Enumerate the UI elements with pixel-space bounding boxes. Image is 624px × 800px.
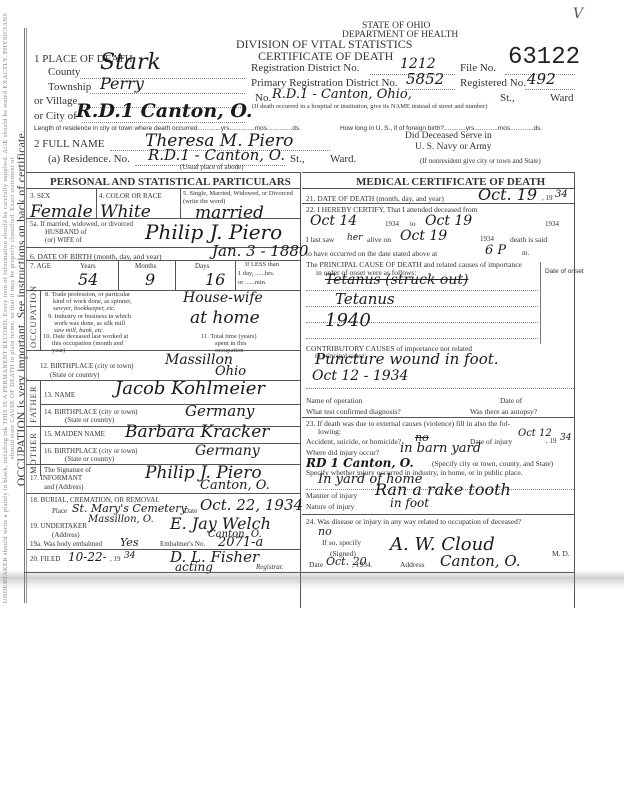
mother-birthplace-label-2: (State or country) (65, 455, 114, 463)
years-value: 54 (78, 270, 98, 289)
registered-no-value: 492 (527, 70, 556, 88)
corner-check-mark: V (573, 6, 583, 22)
external-label-2: lowing: (318, 427, 341, 436)
occ-related-value: no (318, 525, 332, 538)
trade-label-3: sawyer, bookkeeper, etc. (45, 305, 132, 312)
manner-label: Manner of injury (306, 491, 357, 500)
address-value: Canton, O. (440, 552, 521, 570)
last-worked-label-2: this occupation (month and (43, 340, 128, 347)
dod-value: Oct. 19 (478, 185, 537, 204)
dod-year-value: 34 (555, 189, 568, 200)
months-label: Months (135, 262, 156, 270)
years-label: Years (80, 262, 96, 270)
file-no-label: File No. (460, 62, 496, 74)
file-no-value: 63122 (508, 44, 580, 71)
test-label: What test confirmed diagnosis? (306, 407, 401, 416)
village-label: or Village (34, 95, 77, 107)
md-label: M. D. (552, 549, 570, 558)
trade-label-1: 8. Trade profession, or particular (45, 291, 132, 298)
filed-year-value: 34 (124, 551, 135, 561)
date-of-onset-label: Date of onset (545, 268, 584, 275)
time-value: 6 P (485, 243, 506, 258)
industry-value: at home (190, 308, 260, 328)
no-value: R.D.1 - Canton, Ohio, (272, 87, 412, 102)
if-so-label: If so, specify (322, 538, 361, 547)
filed-label: 20. FILED (30, 555, 60, 563)
filed-year-prefix: , 19 (110, 555, 121, 563)
residence-value: R.D.1 - Canton, O. (148, 146, 285, 164)
side-instructions: UNDERTAKER should write a plainly in bla… (2, 8, 26, 608)
alive-on-label: alive on (367, 235, 391, 244)
burial-place-label: Place (52, 507, 67, 515)
city-value: R.D.1 Canton, O. (76, 100, 252, 122)
ward-label: Ward (550, 92, 574, 104)
registration-district-label: Registration District No. (251, 62, 359, 74)
last-saw-date-value: Oct 19 (400, 228, 447, 244)
last-saw-label: I last saw (306, 235, 334, 244)
attended-to-year: 1934 (545, 220, 559, 228)
operation-date-label: Date of (500, 396, 522, 405)
last-worked-label-1: 10. Date deceased last worked at (43, 333, 128, 340)
residence-label: (a) Residence. No. (48, 153, 130, 165)
cause-2-value: Tetanus (335, 290, 395, 308)
county-value: Stark (100, 50, 161, 75)
contributory-1-value: Puncture wound in foot. (315, 350, 499, 368)
color-value: White (100, 202, 151, 222)
occ-related-label: 24. Was disease or injury in any way rel… (306, 517, 521, 526)
last-saw-year: 1934 (480, 235, 494, 243)
mother-maiden-value: Barbara Kracker (125, 422, 269, 442)
days-value: 16 (205, 270, 225, 289)
death-said-label: death is said (510, 235, 547, 244)
mother-side-label: MOTHER (28, 428, 38, 474)
where-value: in barn yard (400, 441, 481, 456)
informant-address-value: Canton, O. (200, 478, 270, 493)
attended-from-value: Oct 14 (310, 213, 357, 229)
navy-label-2: U. S. Navy or Army (415, 142, 492, 152)
informant-label-1: The Signature of (44, 466, 91, 474)
father-side-label: FATHER (28, 383, 38, 423)
occurred-label: to have occurred on the date stated abov… (306, 249, 437, 258)
industry-label-1: 9. Industry or business in which (48, 313, 131, 320)
last-saw-pronoun: her (347, 233, 362, 243)
st-label: St., (500, 92, 515, 104)
birthplace-label-2: (State or country) (50, 371, 99, 379)
cause-1-value: Tetanus (struck out) (325, 272, 468, 288)
contributory-2-value: Oct 12 - 1934 (312, 368, 408, 384)
informant-label-3: and (Address) (44, 483, 83, 491)
address-label: Address (400, 560, 425, 569)
spouse-label-1: 5a. If married, widowed, or divorced (30, 220, 133, 228)
trade-label: 8. Trade profession, or particular kind … (45, 291, 132, 312)
trade-label-2: kind of work done, as spinner, (45, 298, 132, 305)
father-birthplace-label-2: (State or country) (65, 416, 114, 424)
dod-year-prefix: , 19 (542, 194, 553, 202)
specify-city-label: (Specify city or town, county, and State… (432, 459, 553, 468)
scan-edge-shadow (0, 570, 624, 590)
county-label: County (48, 66, 80, 78)
sex-value: Female (30, 202, 93, 222)
father-birthplace-value: Germany (185, 402, 254, 420)
industry-label-2: work was done, as silk mill (48, 320, 131, 327)
spouse-value: Philip J. Piero (145, 220, 282, 244)
total-time-label-2: spent in this (201, 340, 257, 347)
mother-birthplace-label-1: 16. BIRTHPLACE (city or town) (44, 447, 138, 455)
mother-birthplace-value: Germany (195, 443, 260, 459)
sign-year: , 1934. (352, 560, 373, 569)
township-label: Township (48, 81, 91, 93)
days-label: Days (195, 262, 209, 270)
accident-label: Accident, suicide, or homicide? (306, 437, 401, 446)
color-label: 4. COLOR OR RACE (99, 192, 162, 200)
attended-to-value: Oct 19 (425, 213, 472, 229)
attended-from-year: 1934 (385, 220, 399, 228)
injury-year-prefix: , 19 (546, 437, 557, 445)
embalmer-no-label: Embalmer's No. (160, 540, 205, 548)
embalmed-value: Yes (120, 536, 138, 549)
undertaker-label: 19. UNDERTAKER (30, 522, 87, 530)
total-time-label-1: 11. Total time (years) (201, 333, 257, 340)
residence-st-label: St., (290, 153, 305, 165)
burial-date-value: Oct. 22, 1934 (200, 496, 303, 514)
spouse-label-2: HUSBAND of (45, 228, 86, 236)
registered-no-label: Registered No. (460, 77, 526, 89)
township-value: Perry (100, 74, 144, 93)
hospital-note: (If death occurred in a hospital or inst… (252, 103, 487, 110)
navy-label-1: Did Deceased Serve in (405, 131, 492, 141)
burial-place-value-2: Massillon, O. (88, 514, 154, 525)
less-label-2: 1 day, ......hrs. (238, 270, 274, 277)
nature-value: in foot (390, 496, 429, 510)
operation-label: Name of operation (306, 396, 362, 405)
informant-label-2: 17. INFORMANT (30, 474, 82, 482)
side-instructions-line1: UNDERTAKER should write a plainly in bla… (2, 8, 16, 608)
age-label: 7. AGE (30, 262, 51, 270)
months-value: 9 (145, 270, 155, 289)
trade-value: House-wife (183, 290, 263, 306)
sign-date-label: Date (309, 560, 323, 569)
less-label-1: If LESS than (245, 261, 279, 268)
father-name-value: Jacob Kohlmeier (115, 378, 265, 399)
injury-year-value: 34 (560, 433, 571, 443)
autopsy-label: Was there an autopsy? (470, 407, 537, 416)
full-name-label: 2 FULL NAME (34, 138, 104, 150)
sex-label: 3. SEX (30, 192, 50, 200)
nonresident-note: (If nonresident give city or town and St… (420, 157, 541, 165)
birthplace-state-value: Ohio (215, 364, 246, 379)
occupation-side-label: OCCUPATION (28, 293, 38, 348)
usual-place-note: (Usual place of abode) (180, 163, 244, 171)
dod-label: 21. DATE OF DEATH (month, day, and year) (306, 194, 444, 203)
primary-registration-value: 5852 (406, 70, 444, 88)
mother-maiden-label: 15. MAIDEN NAME (44, 430, 105, 438)
father-name-label: 13. NAME (44, 391, 75, 399)
residence-ward-label: Ward. (330, 153, 356, 165)
m-label: m. (522, 249, 529, 257)
father-birthplace-label-1: 14. BIRTHPLACE (city or town) (44, 408, 138, 416)
dob-value: Jan. 3 - 1880 (212, 242, 308, 260)
spouse-label-3: (or) WIFE of (45, 236, 82, 244)
industry-label: 9. Industry or business in which work wa… (48, 313, 131, 334)
cause-note-value: 1940 (325, 310, 371, 331)
to-label: to (410, 220, 415, 228)
embalmed-label: 19a. Was body embalmed (30, 540, 102, 548)
filed-value: 10-22- (68, 550, 107, 564)
birthplace-label-1: 12. BIRTHPLACE (city or town) (40, 362, 134, 370)
nature-label: Nature of injury (306, 502, 354, 511)
city-label: or City of (34, 110, 77, 122)
personal-heading: PERSONAL AND STATISTICAL PARTICULARS (50, 176, 291, 188)
less-label-3: or ......min. (238, 279, 267, 286)
undertaker-address-label: (Address) (52, 531, 80, 539)
